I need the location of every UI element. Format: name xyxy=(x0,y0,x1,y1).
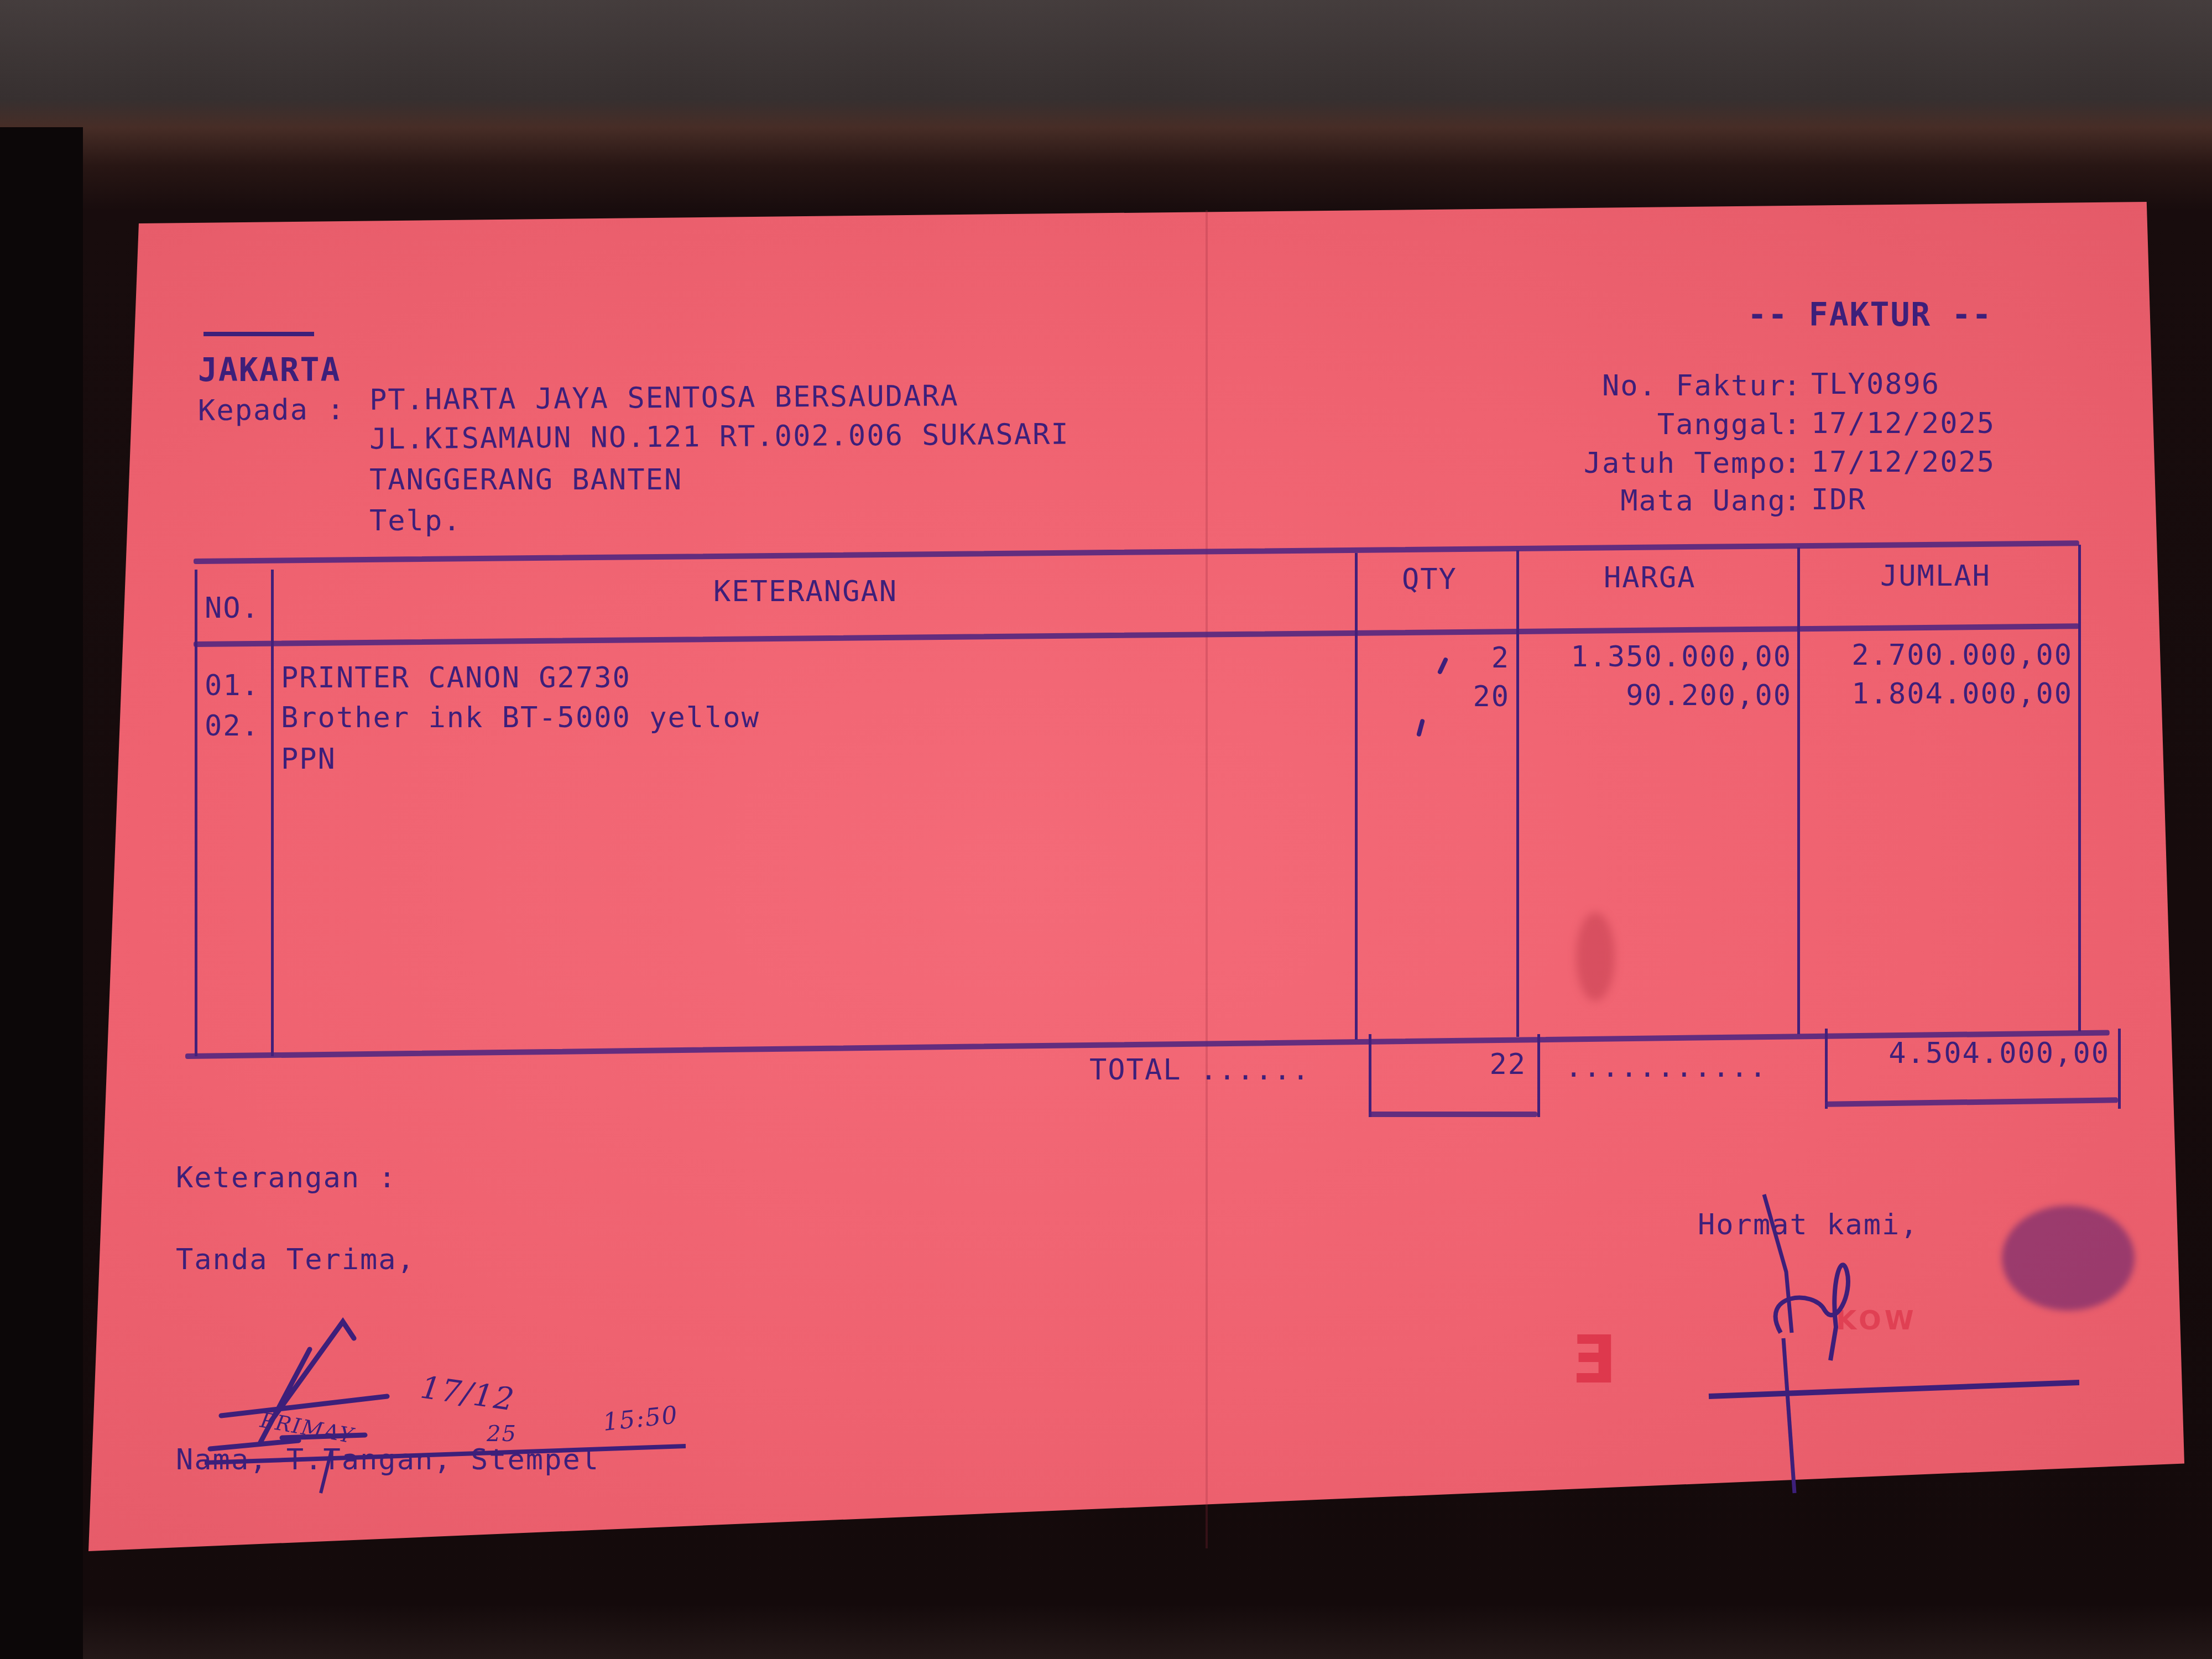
company-stamp-icon: Ǝ xyxy=(1571,1322,1616,1399)
meta-label-currency: Mata Uang xyxy=(1554,484,1786,518)
total-qty-underline xyxy=(1369,1112,1537,1117)
col-border xyxy=(271,570,274,1056)
row-price: 90.200,00 xyxy=(1526,679,1792,712)
recipient-phone-label: Telp. xyxy=(369,504,462,538)
notes-label: Keterangan : xyxy=(176,1161,397,1194)
row-qty: 20 xyxy=(1360,680,1510,713)
dark-edge xyxy=(0,127,83,1659)
total-dots: ........... xyxy=(1565,1051,1767,1084)
row-description: PPN xyxy=(281,743,336,776)
city-label: JAKARTA xyxy=(198,351,341,389)
total-amount: 4.504.000,00 xyxy=(1830,1037,2110,1070)
meta-value-invoice-no: TLY0896 xyxy=(1811,368,1940,401)
recipient-address-line1: JL.KISAMAUN NO.121 RT.002.006 SUKASARI xyxy=(369,418,1070,456)
row-description: Brother ink BT-5000 yellow xyxy=(281,701,760,734)
meta-sep: : xyxy=(1783,447,1802,480)
meta-label-due-date: Jatuh Tempo xyxy=(1543,447,1786,480)
col-border xyxy=(1516,550,1519,1037)
meta-value-date: 17/12/2025 xyxy=(1811,407,1995,440)
row-description: PRINTER CANON G2730 xyxy=(281,661,631,695)
meta-label-invoice-no: No. Faktur xyxy=(1554,369,1786,403)
row-amount: 2.700.000,00 xyxy=(1807,639,2073,672)
row-no: 01. xyxy=(205,669,260,702)
row-no: 02. xyxy=(205,709,260,743)
recipient-name: PT.HARTA JAYA SENTOSA BERSAUDARA xyxy=(369,379,959,416)
meta-value-currency: IDR xyxy=(1811,483,1866,517)
header-harga: HARGA xyxy=(1604,561,1696,594)
header-jumlah: JUMLAH xyxy=(1880,560,1991,593)
meta-label-date: Tanggal xyxy=(1554,408,1786,441)
recipient-label: Kepada : xyxy=(198,393,346,427)
paper-stain xyxy=(1576,912,1615,1001)
recipient-address-line2: TANGGERANG BANTEN xyxy=(369,463,682,497)
paper-fold-crease xyxy=(1206,210,1208,1548)
signature-fields-label: Nama, T.Tangan, Stempel xyxy=(176,1443,599,1477)
header-qty: QTY xyxy=(1402,563,1457,596)
total-qty: 22 xyxy=(1371,1048,1526,1081)
meta-value-due-date: 17/12/2025 xyxy=(1811,446,1995,479)
col-border xyxy=(1797,547,1800,1034)
col-border xyxy=(1355,553,1358,1040)
receipt-label: Tanda Terima, xyxy=(176,1243,415,1276)
meta-sep: : xyxy=(1783,369,1802,403)
meta-sep: : xyxy=(1783,408,1802,441)
row-qty: 2 xyxy=(1360,641,1510,675)
header-dash xyxy=(204,332,314,336)
row-amount: 1.804.000,00 xyxy=(1807,677,2073,711)
header-no: NO. xyxy=(205,592,260,625)
meta-sep: : xyxy=(1783,484,1802,518)
header-keterangan: KETERANGAN xyxy=(713,575,898,608)
total-label: TOTAL ...... xyxy=(1089,1053,1311,1087)
ink-smudge xyxy=(2002,1206,2135,1311)
row-price: 1.350.000,00 xyxy=(1526,640,1792,674)
document-title: -- FAKTUR -- xyxy=(1747,296,1992,333)
col-border xyxy=(2078,545,2081,1031)
col-border xyxy=(195,570,197,1056)
